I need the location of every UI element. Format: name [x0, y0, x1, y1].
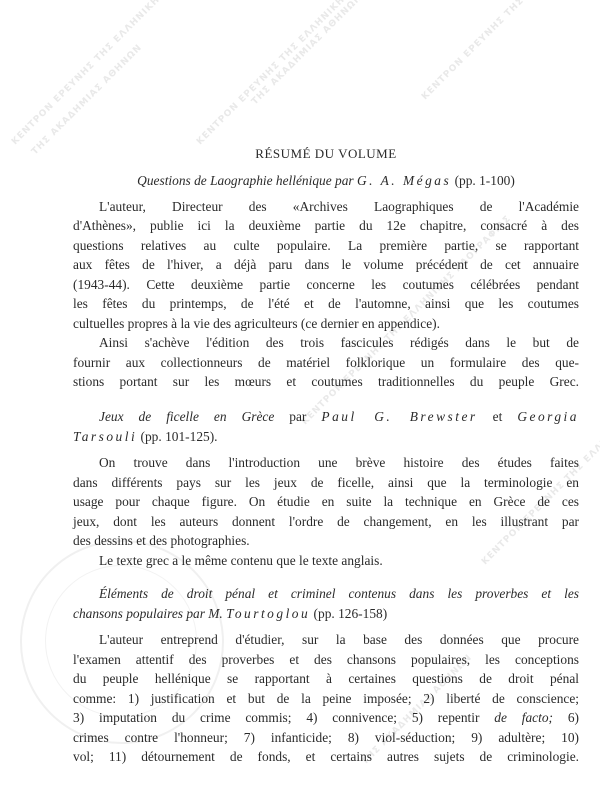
section-heading: chansons populaires par M. Tourtoglou (p… [73, 604, 579, 623]
section-heading: Éléments de droit pénal et criminel cont… [73, 584, 579, 603]
paragraph-line: comme: 1) justification et but de la pei… [73, 689, 579, 708]
paragraph-line: stions portant sur les mœurs et coutumes… [73, 372, 579, 391]
paragraph-line: L'auteur entreprend d'étudier, sur la ba… [73, 630, 579, 649]
watermark: ΤΗΣ ΑΚΑΔΗΜΙΑΣ ΑΘΗΝΩΝ [250, 0, 364, 107]
paragraph-line: cultuelles propres à la vie des agricult… [73, 314, 579, 333]
paragraph-line: d'Athènes», publie ici la deuxième parti… [73, 216, 579, 235]
section-heading: Tarsouli (pp. 101-125). [73, 427, 579, 446]
watermark: ΤΗΣ ΑΚΑΔΗΜΙΑΣ ΑΘΗΝΩΝ [30, 43, 144, 157]
paragraph-line: dans différents pays sur les jeux de fic… [73, 473, 579, 492]
paragraph-line: du peuple hellénique se rapportant à cer… [73, 669, 579, 688]
paragraph-line: Le texte grec a le même contenu que le t… [73, 551, 579, 570]
paragraph-line: les fêtes du printemps, de l'été et de l… [73, 294, 579, 313]
paragraph-line: fournir aux collectionneurs de matériel … [73, 353, 579, 372]
paragraph-line: jeux, dont les auteurs donnent l'ordre d… [73, 512, 579, 531]
page-title: RÉSUMÉ DU VOLUME [73, 144, 579, 163]
watermark: ΚΕΝΤΡΟΝ ΕΡΕΥΝΗΣ ΤΗΣ ΕΛΛΗΝΙΚΗΣ ΛΑΟΓΡΑΦΙΑΣ [10, 0, 223, 147]
section-heading: Jeux de ficelle en Grèce par Paul G. Bre… [73, 407, 579, 426]
paragraph-line: (1943-44). Cette deuxième partie concern… [73, 275, 579, 294]
watermark: ΚΕΝΤΡΟΝ ΕΡΕΥΝΗΣ ΤΗΣ ΕΛΛΗΝΙΚΗΣ ΛΑΟΓΡΑΦΙΑΣ [195, 0, 408, 147]
paragraph-line: l'examen attentif des proverbes et des c… [73, 650, 579, 669]
paragraph-line: Ainsi s'achève l'édition des trois fasci… [73, 333, 579, 352]
paragraph-line: usage pour chaque figure. On étudie en s… [73, 492, 579, 511]
paragraph-line: des dessins et des photographies. [73, 531, 579, 550]
paragraph-line: vol; 11) détournement de fonds, et certa… [73, 747, 579, 766]
paragraph-line: L'auteur, Directeur des «Archives Laogra… [73, 197, 579, 216]
paragraph-line: 3) imputation du crime commis; 4) conniv… [73, 708, 579, 727]
paragraph-line: questions relatives au culte populaire. … [73, 236, 579, 255]
watermark: ΚΕΝΤΡΟΝ ΕΡΕΥΝΗΣ ΤΗΣ ΕΛΛΗΝΙΚΗΣ ΛΑΟΓΡΑΦΙΑΣ [420, 0, 600, 102]
paragraph-line: On trouve dans l'introduction une brève … [73, 453, 579, 472]
paragraph-line: aux fêtes de l'hiver, a déjà paru dans l… [73, 255, 579, 274]
paragraph-line: crimes contre l'honneur; 7) infanticide;… [73, 728, 579, 747]
section-heading: Questions de Laographie hellénique par G… [73, 171, 579, 190]
